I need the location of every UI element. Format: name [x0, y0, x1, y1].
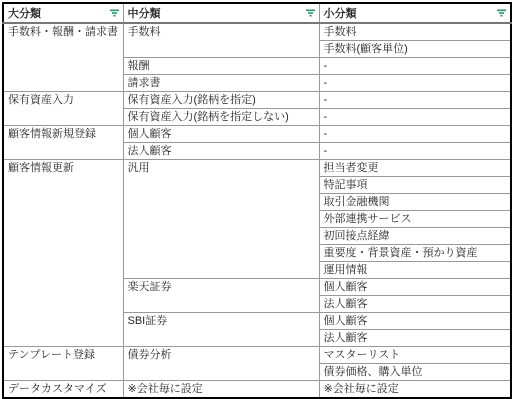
table-cell: マスターリスト	[319, 347, 511, 364]
table-cell: -	[319, 143, 511, 160]
header-middle-category: 中分類	[123, 3, 319, 23]
table-cell: 楽天証券	[123, 279, 319, 313]
table-cell: SBI証券	[123, 313, 319, 347]
table-cell: テンプレート登録	[3, 347, 123, 381]
table-row: 顧客情報新規登録個人顧客-	[3, 126, 511, 143]
table-cell: 手数料	[123, 23, 319, 58]
table-row: 手数料・報酬・請求書手数料手数料	[3, 23, 511, 41]
table-cell: -	[319, 92, 511, 109]
table-cell: 法人顧客	[319, 330, 511, 347]
table-cell: 債券価格、購入単位	[319, 364, 511, 381]
table-cell: 個人顧客	[319, 313, 511, 330]
table-cell: 外部連携サービス	[319, 211, 511, 228]
filter-funnel-icon	[497, 9, 506, 17]
table-cell: 保有資産入力(銘柄を指定)	[123, 92, 319, 109]
filter-icon[interactable]	[496, 8, 507, 18]
filter-icon[interactable]	[109, 8, 120, 18]
table-cell: -	[319, 109, 511, 126]
table-cell: 手数料・報酬・請求書	[3, 23, 123, 92]
table-row: 保有資産入力保有資産入力(銘柄を指定)-	[3, 92, 511, 109]
table-cell: 保有資産入力(銘柄を指定しない)	[123, 109, 319, 126]
table-cell: -	[319, 58, 511, 75]
table-cell: 顧客情報更新	[3, 160, 123, 347]
table-row: テンプレート登録債券分析マスターリスト	[3, 347, 511, 364]
table-cell: 担当者変更	[319, 160, 511, 177]
filter-funnel-icon	[110, 9, 119, 17]
table-cell: -	[319, 75, 511, 92]
table-cell: 法人顧客	[123, 143, 319, 160]
filter-funnel-icon	[306, 9, 315, 17]
table-cell: 手数料	[319, 23, 511, 41]
table-cell: 個人顧客	[319, 279, 511, 296]
header-minor-category: 小分類	[319, 3, 511, 23]
header-major-category: 大分類	[3, 3, 123, 23]
table-cell: 報酬	[123, 58, 319, 75]
table-cell: 顧客情報新規登録	[3, 126, 123, 160]
table-header: 大分類 中分類	[3, 3, 511, 23]
table-cell: 債券分析	[123, 347, 319, 381]
table-cell: 請求書	[123, 75, 319, 92]
table-cell: ※会社毎に設定	[319, 381, 511, 399]
table-cell: 特記事項	[319, 177, 511, 194]
header-row: 大分類 中分類	[3, 3, 511, 23]
table-body: 手数料・報酬・請求書手数料手数料手数料(顧客単位)報酬-請求書-保有資産入力保有…	[3, 23, 511, 398]
table-cell: ※会社毎に設定	[123, 381, 319, 399]
header-middle-category-label: 中分類	[128, 5, 161, 21]
header-major-category-label: 大分類	[8, 5, 41, 21]
category-table-container: 大分類 中分類	[2, 2, 512, 399]
table-cell: 保有資産入力	[3, 92, 123, 126]
table-row: データカスタマイズ※会社毎に設定※会社毎に設定	[3, 381, 511, 399]
table-cell: 法人顧客	[319, 296, 511, 313]
header-minor-category-label: 小分類	[324, 5, 357, 21]
table-cell: 重要度・背景資産・預かり資産	[319, 245, 511, 262]
table-cell: -	[319, 126, 511, 143]
table-cell: データカスタマイズ	[3, 381, 123, 399]
table-cell: 初回接点経緯	[319, 228, 511, 245]
table-cell: 汎用	[123, 160, 319, 279]
category-table: 大分類 中分類	[2, 2, 512, 399]
table-cell: 個人顧客	[123, 126, 319, 143]
filter-icon[interactable]	[305, 8, 316, 18]
table-row: 顧客情報更新汎用担当者変更	[3, 160, 511, 177]
table-cell: 取引金融機関	[319, 194, 511, 211]
table-cell: 手数料(顧客単位)	[319, 41, 511, 58]
table-cell: 運用情報	[319, 262, 511, 279]
